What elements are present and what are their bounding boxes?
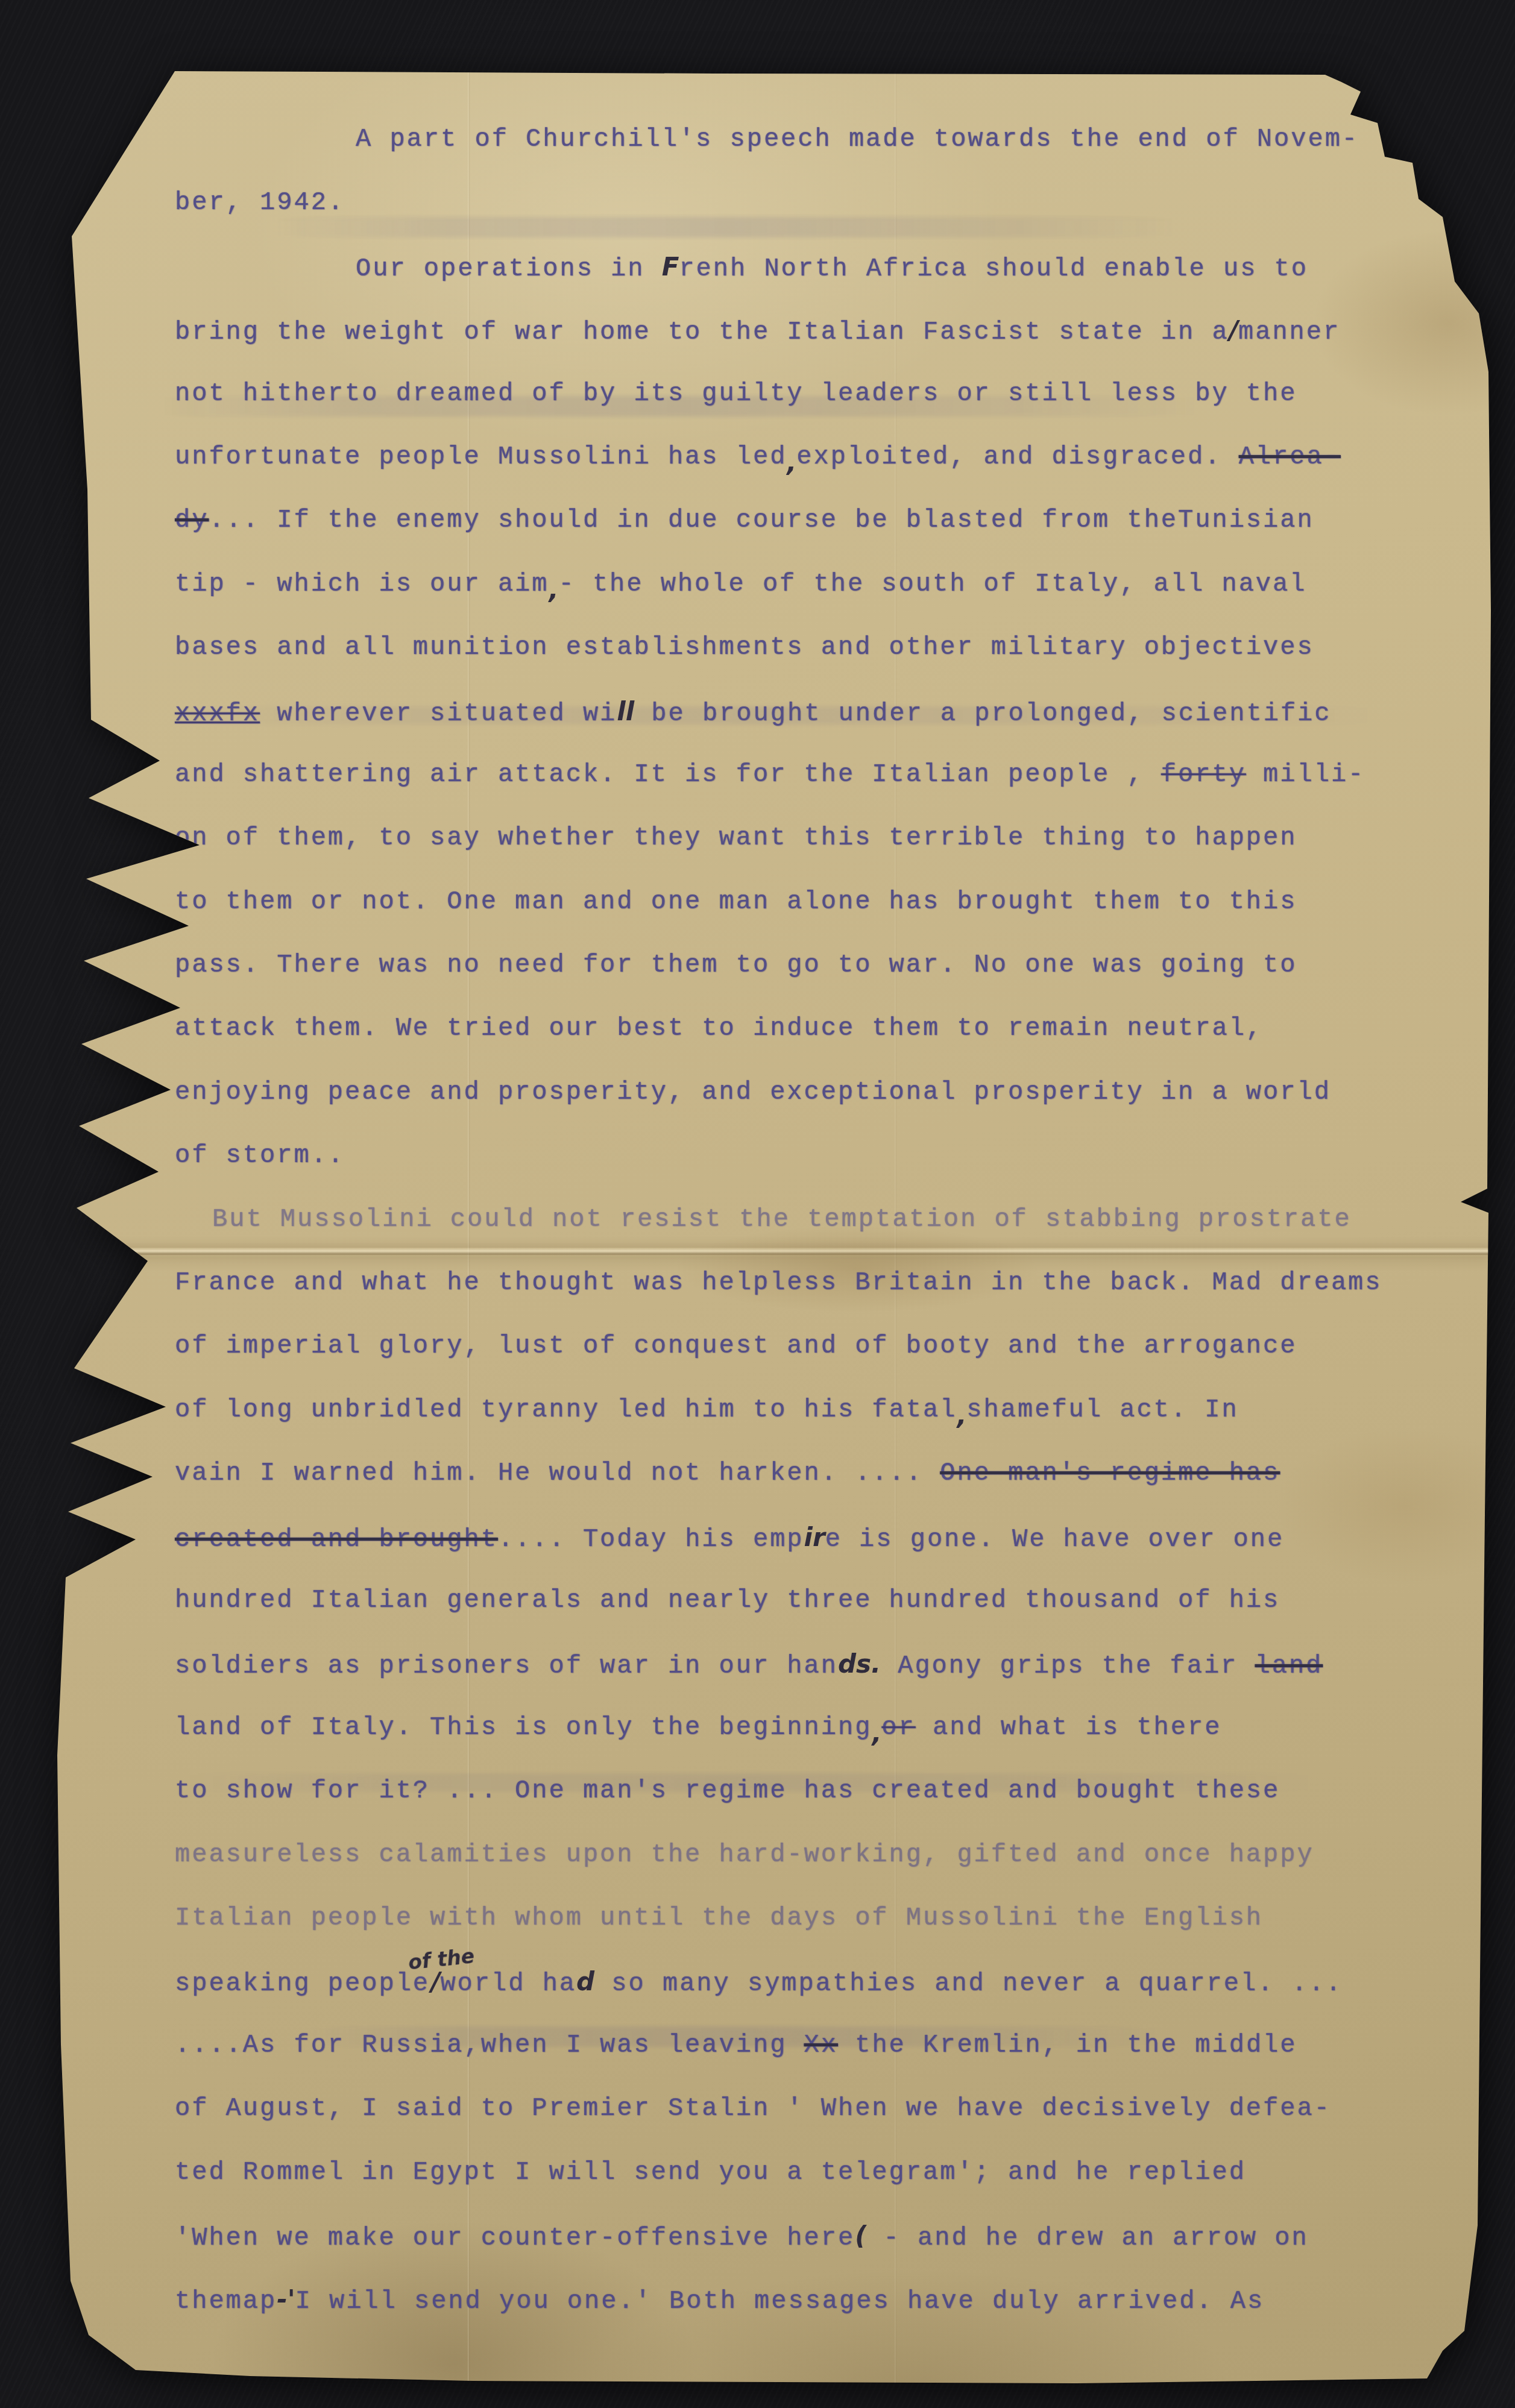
- typed-line: attack them. We tried our best to induce…: [175, 1014, 1479, 1077]
- typed-text: of imperial glory, lust of conquest and …: [175, 1331, 1297, 1360]
- typed-line: created and brought.... Today his empire…: [175, 1523, 1479, 1586]
- typed-text: of storm..: [175, 1141, 345, 1170]
- typed-line: Italian people with whom until the days …: [175, 1903, 1479, 1967]
- struck-text: forty: [1161, 760, 1246, 789]
- typed-line: to show for it? ... One man's regime has…: [175, 1776, 1479, 1840]
- typed-text: A part of Churchill's speech made toward…: [356, 125, 1359, 154]
- handwritten-correction: ,: [957, 1401, 966, 1430]
- typed-text: .... Today his emp: [498, 1525, 804, 1554]
- typed-line: measureless calamities upon the hard-wor…: [175, 1840, 1479, 1903]
- typed-line: of long unbridled tyranny led him to his…: [175, 1395, 1479, 1459]
- typed-line: land of Italy. This is only the beginnin…: [175, 1713, 1479, 1776]
- handwritten-correction: ll: [617, 697, 634, 726]
- typed-text: Agony grips the fair: [881, 1652, 1255, 1680]
- struck-text: xxxfx: [175, 699, 260, 728]
- typed-text: I will send you one.' Both messages have…: [295, 2287, 1265, 2316]
- typed-text: ber, 1942.: [175, 188, 345, 217]
- typed-text: exploited, and disgraced.: [796, 442, 1238, 471]
- handwritten-correction: ,: [872, 1718, 881, 1748]
- typed-text: shameful act. In: [966, 1395, 1238, 1424]
- typed-line: and shattering air attack. It is for the…: [175, 760, 1479, 823]
- typed-line: vain I warned him. He would not harken. …: [175, 1459, 1479, 1522]
- ink-blot: [95, 73, 124, 107]
- pen-struck-text: dy: [175, 506, 209, 535]
- typed-text: and what is there: [916, 1713, 1222, 1742]
- ink-speck: [126, 92, 130, 96]
- typed-text: themap: [175, 2287, 277, 2316]
- typed-text: enjoying peace and prosperity, and excep…: [175, 1078, 1331, 1107]
- typed-text: attack them. We tried our best to induce…: [175, 1014, 1263, 1043]
- typed-text: - and he drew an arrow on: [866, 2224, 1308, 2252]
- typed-text: 'When we make our counter-offensive here: [175, 2224, 855, 2252]
- typed-line: hundred Italian generals and nearly thre…: [175, 1586, 1479, 1649]
- handwritten-correction: ir: [804, 1523, 825, 1552]
- typed-line: bring the weight of war home to the Ital…: [175, 315, 1479, 379]
- typed-text: vain I warned him. He would not harken. …: [175, 1459, 940, 1488]
- typed-text: not hitherto dreamed of by its guilty le…: [175, 379, 1297, 408]
- typed-text: Italian people with whom until the days …: [175, 1903, 1263, 1932]
- typed-line: tip - which is our aim,- the whole of th…: [175, 570, 1479, 633]
- photo-background: A part of Churchill's speech made toward…: [0, 0, 1515, 2408]
- handwritten-correction: /: [1229, 315, 1238, 345]
- typed-text: But Mussolini could not resist the tempt…: [212, 1205, 1352, 1234]
- typed-line: speaking peopleof the/world had so many …: [175, 1967, 1479, 2030]
- typed-line: France and what he thought was helpless …: [175, 1268, 1479, 1331]
- typed-text: hundred Italian generals and nearly thre…: [175, 1586, 1280, 1615]
- typed-text: the Kremlin, in the middle: [838, 2031, 1297, 2060]
- typed-text: - the whole of the south of Italy, all n…: [558, 570, 1306, 599]
- pen-struck-text: land: [1255, 1652, 1323, 1680]
- typed-line: Our operations in Frenh North Africa sho…: [175, 252, 1479, 315]
- typed-line: xxxfx wherever situated will be brought …: [175, 697, 1479, 760]
- typed-line: A part of Churchill's speech made toward…: [175, 125, 1479, 188]
- struck-text: or: [881, 1713, 915, 1742]
- typed-line: But Mussolini could not resist the tempt…: [175, 1205, 1479, 1268]
- typed-text: ted Rommel in Egypt I will send you a te…: [175, 2158, 1246, 2187]
- typed-text: manner: [1238, 318, 1340, 347]
- handwritten-correction: ,: [787, 448, 796, 477]
- paper-sheet-wrap: A part of Churchill's speech made toward…: [51, 68, 1491, 2387]
- pen-struck-text: Alrea-: [1239, 442, 1341, 471]
- typed-line: pass. There was no need for them to go t…: [175, 951, 1479, 1014]
- typed-line: 'When we make our counter-offensive here…: [175, 2221, 1479, 2284]
- typed-line: of imperial glory, lust of conquest and …: [175, 1331, 1479, 1395]
- typed-text: milli-: [1246, 760, 1365, 789]
- typed-line: of storm..: [175, 1141, 1479, 1204]
- pen-struck-text: Xx: [804, 2031, 838, 2060]
- typed-text: unfortunate people Mussolini has led: [175, 442, 787, 471]
- typed-text: ....As for Russia,when I was leaving: [175, 2031, 804, 2060]
- typed-text: of long unbridled tyranny led him to his…: [175, 1395, 957, 1424]
- paper-sheet: A part of Churchill's speech made toward…: [51, 68, 1491, 2387]
- typed-text: land of Italy. This is only the beginnin…: [175, 1713, 872, 1742]
- handwritten-correction: ds.: [838, 1649, 881, 1679]
- handwritten-correction: ,: [549, 575, 559, 605]
- typed-line: dy... If the enemy should in due course …: [175, 506, 1479, 569]
- typed-line: themap-'I will send you one.' Both messa…: [175, 2284, 1479, 2348]
- typed-text: be brought under a prolonged, scientific: [634, 699, 1331, 728]
- typed-line: of August, I said to Premier Stalin ' Wh…: [175, 2094, 1479, 2157]
- typed-line: ted Rommel in Egypt I will send you a te…: [175, 2158, 1479, 2221]
- handwritten-correction: d: [576, 1967, 594, 1996]
- typed-text: Our operations in: [356, 254, 662, 283]
- typed-text: e is gone. We have over one: [825, 1525, 1285, 1554]
- typed-line: enjoying peace and prosperity, and excep…: [175, 1078, 1479, 1141]
- typed-text: world ha: [440, 1969, 576, 1998]
- typed-text: of August, I said to Premier Stalin ' Wh…: [175, 2094, 1331, 2123]
- typed-line: to them or not. One man and one man alon…: [175, 887, 1479, 951]
- typed-text: wherever situated wi: [260, 699, 617, 728]
- typed-text: France and what he thought was helpless …: [175, 1268, 1382, 1297]
- typed-text: ... If the enemy should in due course be…: [209, 506, 1314, 535]
- handwritten-correction: -': [277, 2284, 295, 2314]
- typed-text: and shattering air attack. It is for the…: [175, 760, 1161, 789]
- typed-line: soldiers as prisoners of war in our hand…: [175, 1649, 1479, 1712]
- typed-text: to show for it? ... One man's regime has…: [175, 1776, 1280, 1805]
- pen-struck-text: One man's regime has: [940, 1459, 1280, 1488]
- typed-text: bases and all munition establishments an…: [175, 633, 1314, 662]
- typed-text: soldiers as prisoners of war in our han: [175, 1652, 838, 1680]
- typed-text: measureless calamities upon the hard-wor…: [175, 1840, 1314, 1869]
- text-layer: A part of Churchill's speech made toward…: [175, 125, 1479, 2348]
- pen-struck-text: created and brought: [175, 1525, 498, 1554]
- typed-text: on of them, to say whether they want thi…: [175, 823, 1297, 852]
- typed-text: speaking people: [175, 1969, 430, 1998]
- handwritten-correction: F: [662, 252, 679, 281]
- handwritten-correction: (: [855, 2221, 866, 2251]
- typed-line: not hitherto dreamed of by its guilty le…: [175, 379, 1479, 442]
- typed-text: pass. There was no need for them to go t…: [175, 951, 1297, 979]
- typed-text: bring the weight of war home to the Ital…: [175, 318, 1229, 347]
- typed-text: tip - which is our aim: [175, 570, 549, 599]
- typed-line: ....As for Russia,when I was leaving Xx …: [175, 2031, 1479, 2094]
- typed-line: ber, 1942.: [175, 188, 1479, 251]
- typed-text: renh North Africa should enable us to: [679, 254, 1308, 283]
- typed-text: so many sympathies and never a quarrel. …: [594, 1969, 1343, 1998]
- typed-text: to them or not. One man and one man alon…: [175, 887, 1297, 916]
- typed-line: on of them, to say whether they want thi…: [175, 823, 1479, 887]
- typed-line: unfortunate people Mussolini has led,exp…: [175, 442, 1479, 506]
- typed-line: bases and all munition establishments an…: [175, 633, 1479, 696]
